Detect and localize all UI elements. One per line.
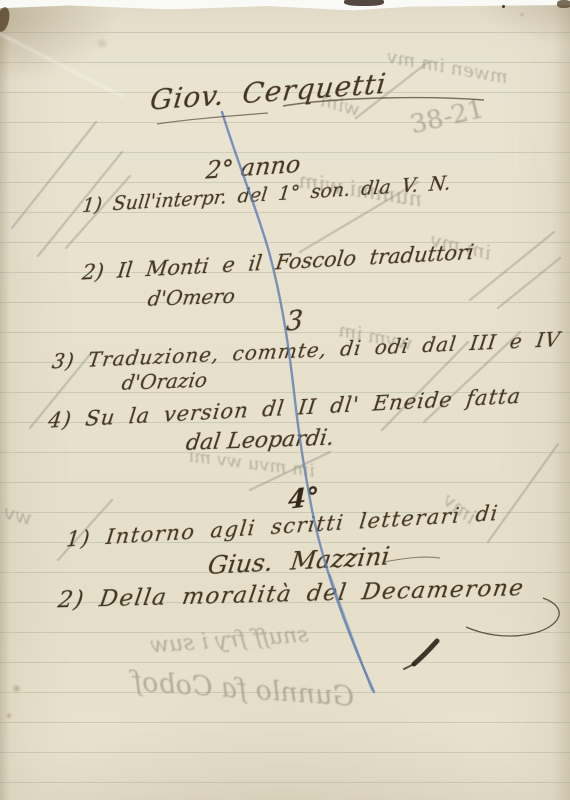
bleedthrough-scribble: wv [2, 502, 34, 528]
group-heading: 4° [288, 484, 319, 514]
manuscript-scan: mwen im mv wim 38-21 nummi wim im mv wvm… [0, 0, 570, 800]
ink-dot [502, 5, 505, 8]
edge-smudge [344, 0, 384, 6]
paper-stain [11, 684, 22, 693]
edge-smudge [557, 0, 570, 8]
list-item-continuation: d'Orazio [121, 369, 209, 392]
list-item-continuation: d'Omero [147, 285, 237, 308]
paper-stain [519, 12, 525, 17]
paper-stain [5, 712, 13, 719]
year-heading: 2° anno [205, 152, 302, 183]
list-item-continuation: dal Leopardi. [184, 427, 335, 454]
divider-number: 3 [286, 307, 304, 336]
paper-stain [94, 38, 110, 49]
